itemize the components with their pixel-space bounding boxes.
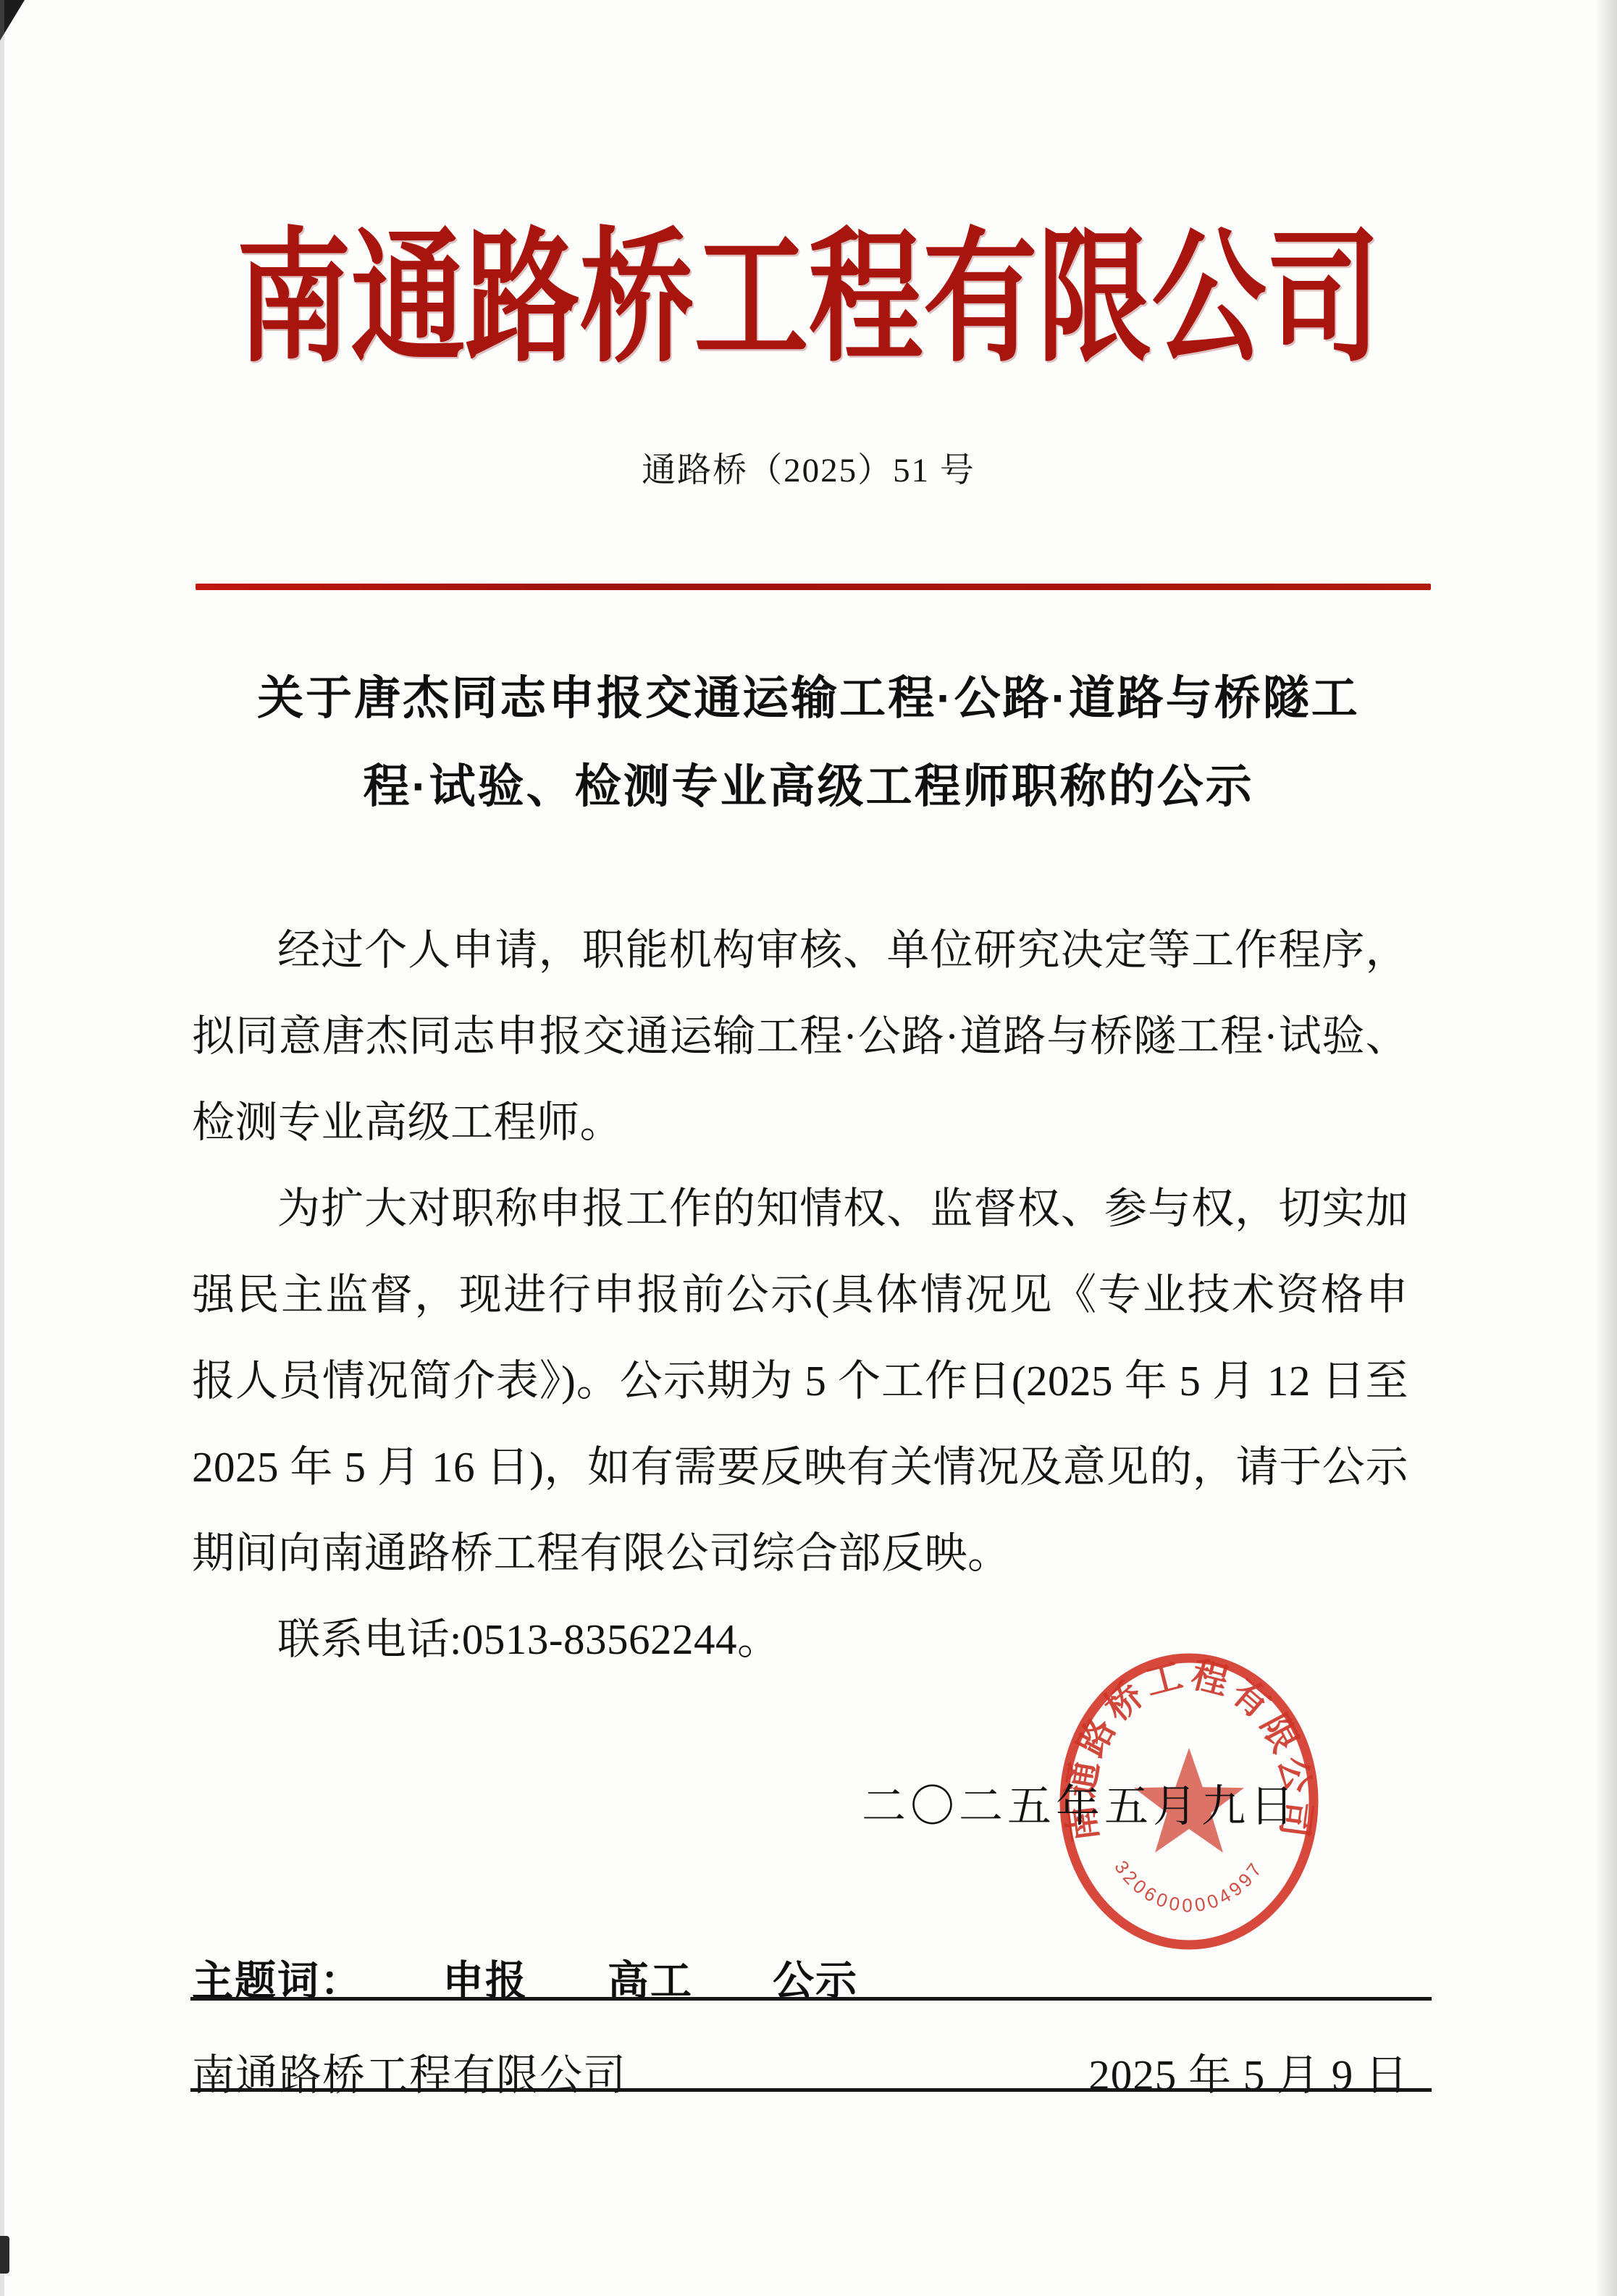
document-title-line-2: 程·试验、检测专业高级工程师职称的公示 bbox=[109, 742, 1508, 830]
paragraph: 经过个人申请，职能机构审核、单位研究决定等工作程序，拟同意唐杰同志申报交通运输工… bbox=[192, 907, 1408, 1166]
signature-date-cn: 二〇二五年五月九日 bbox=[192, 1771, 1408, 1834]
letterhead-company-name: 南通路桥工程有限公司 bbox=[0, 182, 1617, 390]
scan-artifact-bottom-left bbox=[0, 2236, 9, 2274]
footer-date: 2025 年 5 月 9 日 bbox=[1088, 2040, 1408, 2102]
footer-signoff-row: 南通路桥工程有限公司 2025 年 5 月 9 日 bbox=[192, 2040, 1408, 2102]
red-divider-line bbox=[196, 584, 1431, 590]
paragraph: 为扩大对职称申报工作的知情权、监督权、参与权，切实加强民主监督，现进行申报前公示… bbox=[192, 1166, 1408, 1597]
document-number: 通路桥（2025）51 号 bbox=[0, 443, 1617, 492]
svg-text:3206000004997: 3206000004997 bbox=[1110, 1856, 1268, 1916]
document-body: 经过个人申请，职能机构审核、单位研究决定等工作程序，拟同意唐杰同志申报交通运输工… bbox=[192, 907, 1408, 1683]
footer-company-name: 南通路桥工程有限公司 bbox=[192, 2040, 626, 2102]
keywords-underline bbox=[190, 1997, 1432, 2001]
footer-underline bbox=[190, 2088, 1432, 2092]
seal-serial-number: 3206000004997 bbox=[1110, 1856, 1268, 1916]
scanned-document-page: 南通路桥工程有限公司 通路桥（2025）51 号 关于唐杰同志申报交通运输工程·… bbox=[0, 0, 1617, 2296]
document-title-line-1: 关于唐杰同志申报交通运输工程·公路·道路与桥隧工 bbox=[109, 654, 1508, 742]
document-title: 关于唐杰同志申报交通运输工程·公路·道路与桥隧工 程·试验、检测专业高级工程师职… bbox=[109, 654, 1508, 830]
